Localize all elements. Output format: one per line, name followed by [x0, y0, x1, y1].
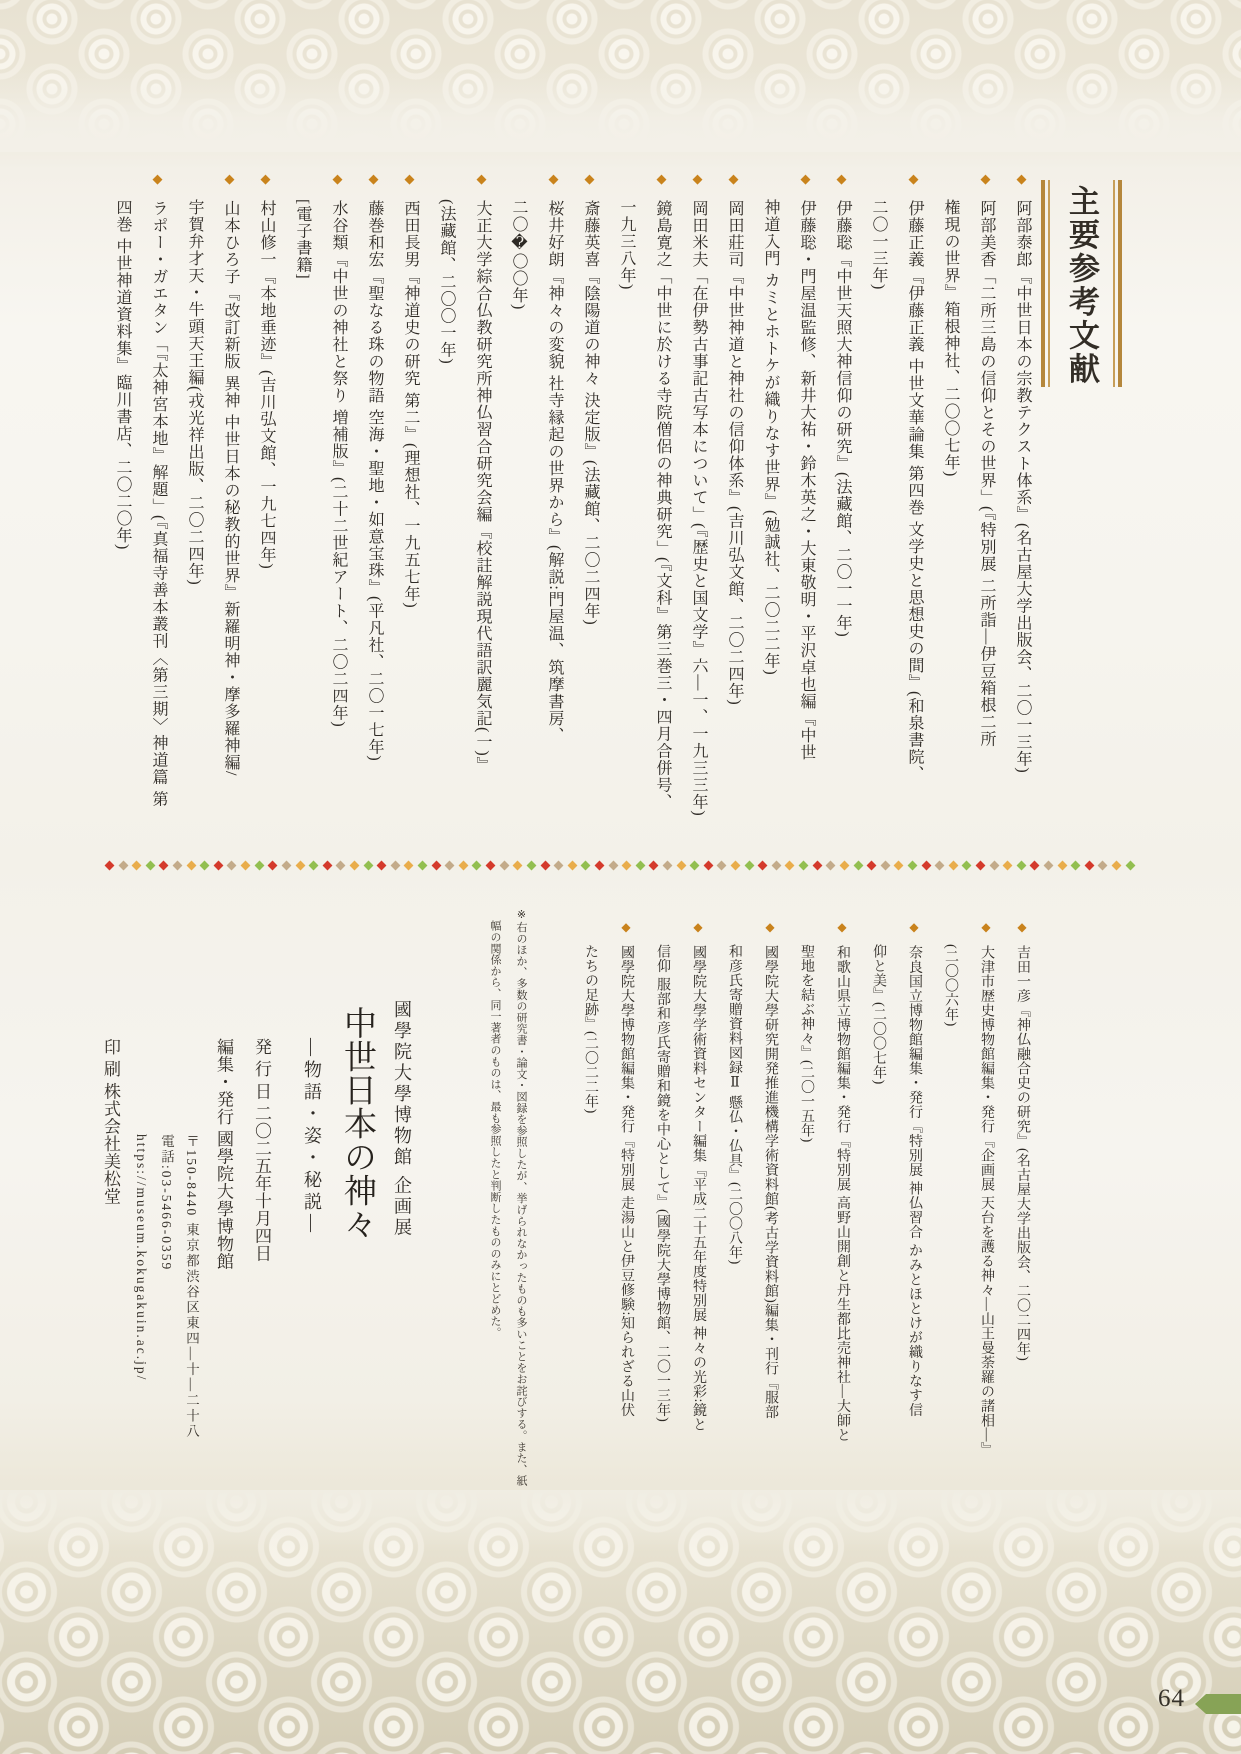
section-title: 主要参考文献 — [1053, 180, 1110, 387]
separator-diamond-icon — [867, 860, 877, 870]
bibliography-entry: ◆吉田一彦『神仏融合史の研究』(名古屋大学出版会、二〇二四年) — [1004, 920, 1040, 1480]
separator-diamond-icon — [635, 860, 645, 870]
separator-diamond-icon — [962, 860, 972, 870]
bibliography-entry: ◆藤巻和宏『聖なる珠の物語 空海・聖地・如意宝珠』(平凡社、二〇一七年) — [356, 172, 392, 857]
separator-diamond-icon — [159, 860, 169, 870]
separator-diamond-icon — [105, 860, 115, 870]
separator-diamond-icon — [976, 860, 986, 870]
bibliography-entry: ◆阿部泰郎『中世日本の宗教テクスト体系』(名古屋大学出版会、二〇一三年) — [1004, 172, 1040, 857]
separator-diamond-icon — [336, 860, 346, 870]
colophon-url: https://museum.kokugakuin.ac.jp/ — [129, 1134, 154, 1568]
separator-diamond-icon — [513, 860, 523, 870]
bibliography-entry: ◆村山修一『本地垂迹』(吉川弘文館、一九七四年) — [248, 172, 284, 857]
bibliography-entry-text: 山本ひろ子『改訂新版 異神 中世日本の秘教的世界』新羅明神・摩多羅神編/ 宇賀弁… — [186, 199, 239, 776]
note-text: 右のほか、多数の研究書・論文・図録を参照したが、挙げられなかったものも多いことを… — [489, 920, 527, 1486]
separator-diamond-icon — [703, 860, 713, 870]
diamond-bullet-icon: ◆ — [655, 172, 670, 200]
separator-diamond-icon — [132, 860, 142, 870]
bibliography-entry-text: 岡田米夫「在伊勢古事記古写本について」(『歴史と国文学』六―一、一九三三年) — [690, 200, 707, 817]
separator-diamond-icon — [839, 860, 849, 870]
diamond-bullet-icon: ◆ — [151, 172, 166, 200]
separator-diamond-icon — [350, 860, 360, 870]
separator-diamond-icon — [268, 860, 278, 870]
bibliography-entry-text: 阿部美香「二所三島の信仰とその世界」(『特別展 二所詣―伊豆箱根二所 権現の世界… — [942, 199, 995, 747]
diamond-bullet-icon: ◆ — [259, 172, 274, 200]
bibliography-entry: ◆山本ひろ子『改訂新版 異神 中世日本の秘教的世界』新羅明神・摩多羅神編/ 宇賀… — [176, 172, 248, 857]
diamond-bullet-icon: ◆ — [799, 172, 814, 200]
separator-diamond-icon — [227, 860, 237, 870]
title-rule-inner-left — [1048, 180, 1050, 387]
separator-diamond-icon — [717, 860, 727, 870]
bibliography-entry: ◆水谷類『中世の神社と祭り 増補版』(二十二世紀アート、二〇二四年) [電子書籍… — [284, 172, 356, 857]
separator-diamond-icon — [567, 860, 577, 870]
separator-diamond-icon — [594, 860, 604, 870]
bibliography-entry: ◆奈良国立博物館編集・発行『特別展 神仏習合 かみとほとけが織りなす信 仰と美』… — [860, 920, 932, 1480]
bibliography-entry: ◆和歌山県立博物館編集・発行『特別展 高野山開創と丹生都比売神社―大師と 聖地を… — [788, 920, 860, 1480]
diamond-bullet-icon: ◆ — [835, 172, 850, 200]
title-rule-outer-left — [1041, 180, 1045, 387]
separator-diamond-icon — [853, 860, 863, 870]
colophon-telephone: 電話:03-5466-0359 — [154, 1134, 179, 1568]
separator-diamond-icon — [663, 860, 673, 870]
separator-diamond-icon — [322, 860, 332, 870]
separator-diamond-icon — [948, 860, 958, 870]
separator-diamond-icon — [431, 860, 441, 870]
bibliography-entry: ◆伊藤正義『伊藤正義 中世文華論集 第四巻 文学史と思想史の間』(和泉書院、 二… — [860, 172, 932, 857]
bibliography-entry: ◆國學院大學博物館編集・発行『特別展 走湯山と伊豆修験:知られざる山伏 たちの足… — [572, 920, 644, 1480]
title-rule-inner-right — [1113, 180, 1115, 387]
separator-diamond-icon — [785, 860, 795, 870]
diamond-bullet-icon: ◆ — [1015, 920, 1029, 945]
separator-diamond-icon — [295, 860, 305, 870]
bibliography-entry-text: 桜井好朗『神々の変貌 社寺縁起の世界から』(解説:門屋温、筑摩書房、 二〇�〇〇… — [510, 199, 563, 744]
colophon-issue-date: 発 行 日 二〇二五年十月四日 — [242, 1038, 280, 1568]
diamond-bullet-icon: ◆ — [403, 172, 418, 200]
separator-diamond-icon — [744, 860, 754, 870]
separator-diamond-icon — [1125, 860, 1135, 870]
page-number-ribbon — [1195, 1694, 1241, 1714]
separator-diamond-icon — [622, 860, 632, 870]
separator-diamond-icon — [241, 860, 251, 870]
bibliography-entry: ◆阿部美香「二所三島の信仰とその世界」(『特別展 二所詣―伊豆箱根二所 権現の世… — [932, 172, 1004, 857]
exhibition-title-block: 國學院大學博物館 企画展 中世日本の神々 ―物語・姿・秘説― — [294, 1000, 420, 1310]
exhibition-main-title: 中世日本の神々 — [330, 1000, 384, 1310]
bibliography-bottom-section: ◆吉田一彦『神仏融合史の研究』(名古屋大学出版会、二〇二四年) ◆大津市歴史博物… — [572, 920, 1040, 1480]
separator-diamond-icon — [540, 860, 550, 870]
separator-diamond-icon — [608, 860, 618, 870]
separator-diamond-icon — [145, 860, 155, 870]
bibliography-entry-text: 吉田一彦『神仏融合史の研究』(名古屋大学出版会、二〇二四年) — [1015, 945, 1030, 1361]
bibliography-entry-text: 水谷類『中世の神社と祭り 増補版』(二十二世紀アート、二〇二四年) [電子書籍] — [294, 199, 347, 728]
separator-diamond-icon — [935, 860, 945, 870]
separator-diamond-icon — [472, 860, 482, 870]
bibliography-entry-text: 奈良国立博物館編集・発行『特別展 神仏習合 かみとほとけが織りなす信 仰と美』(… — [871, 944, 922, 1417]
separator-diamond-icon — [173, 860, 183, 870]
colophon-publisher: 編集・発行 國學院大學博物館 — [204, 1038, 242, 1568]
separator-diamond-icon — [281, 860, 291, 870]
diamond-bullet-icon: ◆ — [691, 172, 706, 200]
bibliography-entry: ◆斎藤英喜『陰陽道の神々 決定版』(法藏館、二〇二四年) — [572, 172, 608, 857]
bibliography-entry-text: 國學院大學博物館編集・発行『特別展 走湯山と伊豆修験:知られざる山伏 たちの足跡… — [583, 944, 634, 1417]
bibliography-entry: ◆國學院大學研究開発推進機構学術資料館(考古学資料館)編集・刊行『服部 和彦氏寄… — [716, 920, 788, 1480]
bibliography-entry-text: 藤巻和宏『聖なる珠の物語 空海・聖地・如意宝珠』(平凡社、二〇一七年) — [366, 200, 383, 762]
bibliography-entry-text: ラポー・ガエタン「『太神宮本地』解題」(『真福寺善本叢刊〈第三期〉神道篇 第 四… — [114, 199, 167, 807]
diamond-bullet-icon: ◆ — [619, 920, 633, 945]
separator-diamond-icon — [118, 860, 128, 870]
separator-diamond-icon — [213, 860, 223, 870]
separator-diamond-icon — [200, 860, 210, 870]
separator-diamond-icon — [486, 860, 496, 870]
bibliography-entry-text: 伊藤聡『中世天照大神信仰の研究』(法藏館、二〇一一年) — [834, 200, 851, 638]
section-title-box: 主要参考文献 — [1041, 180, 1122, 387]
diamond-bullet-icon: ◆ — [547, 172, 562, 200]
diamond-bullet-icon: ◆ — [763, 920, 777, 945]
bibliography-entry-text: 伊藤聡・門屋温監修、新井大祐・鈴木英之・大東敬明・平沢卓也編『中世 神道入門 カ… — [762, 199, 815, 761]
separator-diamond-icon — [445, 860, 455, 870]
separator-diamond-icon — [649, 860, 659, 870]
exhibition-subtitle: ―物語・姿・秘説― — [294, 1000, 330, 1310]
separator-diamond-icon — [1084, 860, 1094, 870]
separator-diamond-icon — [771, 860, 781, 870]
bibliography-top-section: ◆阿部泰郎『中世日本の宗教テクスト体系』(名古屋大学出版会、二〇一三年) ◆阿部… — [104, 172, 1040, 857]
bibliography-entry: ◆伊藤聡・門屋温監修、新井大祐・鈴木英之・大東敬明・平沢卓也編『中世 神道入門 … — [752, 172, 824, 857]
bibliography-entry-text: 國學院大學研究開発推進機構学術資料館(考古学資料館)編集・刊行『服部 和彦氏寄贈… — [727, 944, 778, 1419]
separator-diamond-icon — [758, 860, 768, 870]
separator-diamond-icon — [254, 860, 264, 870]
diamond-bullet-icon: ◆ — [223, 172, 238, 200]
bibliography-entry-text: 岡田莊司『中世神道と神社の信仰体系』(吉川弘文館、二〇二四年) — [726, 200, 743, 706]
separator-diamond-icon — [390, 860, 400, 870]
separator-diamond-icon — [1030, 860, 1040, 870]
diamond-bullet-icon: ◆ — [907, 920, 921, 945]
page-number: 64 — [1158, 1685, 1185, 1713]
separator-diamond-icon — [894, 860, 904, 870]
diamond-bullet-icon: ◆ — [475, 172, 490, 200]
catalog-page: 主要参考文献 ◆阿部泰郎『中世日本の宗教テクスト体系』(名古屋大学出版会、二〇一… — [0, 0, 1241, 1754]
colophon: 発 行 日 二〇二五年十月四日 編集・発行 國學院大學博物館 〒150-8440… — [91, 1038, 280, 1568]
diamond-separator — [106, 860, 1134, 870]
colophon-printer: 印 刷 株式会社美松堂 — [91, 1038, 129, 1568]
separator-diamond-icon — [690, 860, 700, 870]
separator-diamond-icon — [186, 860, 196, 870]
separator-diamond-icon — [418, 860, 428, 870]
colophon-contact-block: 〒150-8440 東京都渋谷区東四―十―二十八 電話:03-5466-0359… — [129, 1038, 204, 1568]
diamond-bullet-icon: ◆ — [835, 920, 849, 945]
diamond-bullet-icon: ◆ — [583, 172, 598, 200]
diamond-bullet-icon: ◆ — [331, 172, 346, 200]
reference-note: ※右のほか、多数の研究書・論文・図録を参照したが、挙げられなかったものも多いこと… — [482, 908, 534, 1512]
separator-diamond-icon — [1003, 860, 1013, 870]
separator-diamond-icon — [880, 860, 890, 870]
bibliography-entry-text: 西田長男『神道史の研究 第二』(理想社、一九五七年) — [402, 200, 419, 609]
separator-diamond-icon — [731, 860, 741, 870]
diamond-bullet-icon: ◆ — [907, 172, 922, 200]
diamond-bullet-icon: ◆ — [979, 172, 994, 200]
separator-diamond-icon — [1071, 860, 1081, 870]
separator-diamond-icon — [458, 860, 468, 870]
bibliography-entry-text: 大津市歴史博物館編集・発行『企画展 天台を護る神々―山王曼荼羅の諸相―』 (二〇… — [943, 944, 994, 1457]
bibliography-entry-text: 伊藤正義『伊藤正義 中世文華論集 第四巻 文学史と思想史の間』(和泉書院、 二〇… — [870, 199, 923, 782]
bibliography-entry: ◆桜井好朗『神々の変貌 社寺縁起の世界から』(解説:門屋温、筑摩書房、 二〇�〇… — [500, 172, 572, 857]
separator-diamond-icon — [526, 860, 536, 870]
bibliography-entry: ◆岡田莊司『中世神道と神社の信仰体系』(吉川弘文館、二〇二四年) — [716, 172, 752, 857]
diamond-bullet-icon: ◆ — [979, 920, 993, 945]
diamond-bullet-icon: ◆ — [727, 172, 742, 200]
separator-diamond-icon — [921, 860, 931, 870]
bibliography-entry: ◆大津市歴史博物館編集・発行『企画展 天台を護る神々―山王曼荼羅の諸相―』 (二… — [932, 920, 1004, 1480]
separator-diamond-icon — [363, 860, 373, 870]
bibliography-entry-text: 阿部泰郎『中世日本の宗教テクスト体系』(名古屋大学出版会、二〇一三年) — [1014, 200, 1031, 774]
bibliography-entry: ◆西田長男『神道史の研究 第二』(理想社、一九五七年) — [392, 172, 428, 857]
diamond-bullet-icon: ◆ — [1015, 172, 1030, 200]
separator-diamond-icon — [676, 860, 686, 870]
bibliography-entry: ◆大正大学綜合仏教研究所神仏習合研究会編『校註解説現代語訳麗気記(一)』 (法藏… — [428, 172, 500, 857]
separator-diamond-icon — [1057, 860, 1067, 870]
separator-diamond-icon — [812, 860, 822, 870]
separator-diamond-icon — [1098, 860, 1108, 870]
title-rule-outer-right — [1118, 180, 1122, 387]
diamond-bullet-icon: ◆ — [691, 920, 705, 945]
note-marker: ※ — [515, 908, 527, 921]
separator-diamond-icon — [554, 860, 564, 870]
bibliography-entry-text: 國學院大學学術資料センター編集『平成二十五年度特別展 神々の光彩:鏡と 信仰 服… — [655, 944, 706, 1432]
colophon-address: 〒150-8440 東京都渋谷区東四―十―二十八 — [179, 1134, 204, 1568]
separator-diamond-icon — [309, 860, 319, 870]
exhibition-organizer-line: 國學院大學博物館 企画展 — [384, 1000, 420, 1310]
separator-diamond-icon — [1016, 860, 1026, 870]
bibliography-entry: ◆鏡島寛之「中世に於ける寺院僧侶の神典研究」(『文科』第三巻三・四月合併号、 一… — [608, 172, 680, 857]
bibliography-entry-text: 斎藤英喜『陰陽道の神々 決定版』(法藏館、二〇二四年) — [582, 200, 599, 626]
separator-diamond-icon — [404, 860, 414, 870]
bibliography-entry-text: 村山修一『本地垂迹』(吉川弘文館、一九七四年) — [258, 200, 275, 570]
separator-diamond-icon — [908, 860, 918, 870]
separator-diamond-icon — [377, 860, 387, 870]
separator-diamond-icon — [581, 860, 591, 870]
bibliography-entry-text: 和歌山県立博物館編集・発行『特別展 高野山開創と丹生都比売神社―大師と 聖地を結… — [799, 944, 850, 1442]
bibliography-entry: ◆岡田米夫「在伊勢古事記古写本について」(『歴史と国文学』六―一、一九三三年) — [680, 172, 716, 857]
separator-diamond-icon — [499, 860, 509, 870]
separator-diamond-icon — [826, 860, 836, 870]
bibliography-entry: ◆伊藤聡『中世天照大神信仰の研究』(法藏館、二〇一一年) — [824, 172, 860, 857]
separator-diamond-icon — [989, 860, 999, 870]
bibliography-entry: ◆國學院大學学術資料センター編集『平成二十五年度特別展 神々の光彩:鏡と 信仰 … — [644, 920, 716, 1480]
separator-diamond-icon — [1044, 860, 1054, 870]
bibliography-entry-text: 大正大学綜合仏教研究所神仏習合研究会編『校註解説現代語訳麗気記(一)』 (法藏館… — [438, 199, 491, 774]
decorative-border-top — [0, 0, 1241, 152]
diamond-bullet-icon: ◆ — [367, 172, 382, 200]
bibliography-entry: ◆ラポー・ガエタン「『太神宮本地』解題」(『真福寺善本叢刊〈第三期〉神道篇 第 … — [104, 172, 176, 857]
separator-diamond-icon — [799, 860, 809, 870]
separator-diamond-icon — [1112, 860, 1122, 870]
bibliography-entry-text: 鏡島寛之「中世に於ける寺院僧侶の神典研究」(『文科』第三巻三・四月合併号、 一九… — [618, 199, 671, 810]
